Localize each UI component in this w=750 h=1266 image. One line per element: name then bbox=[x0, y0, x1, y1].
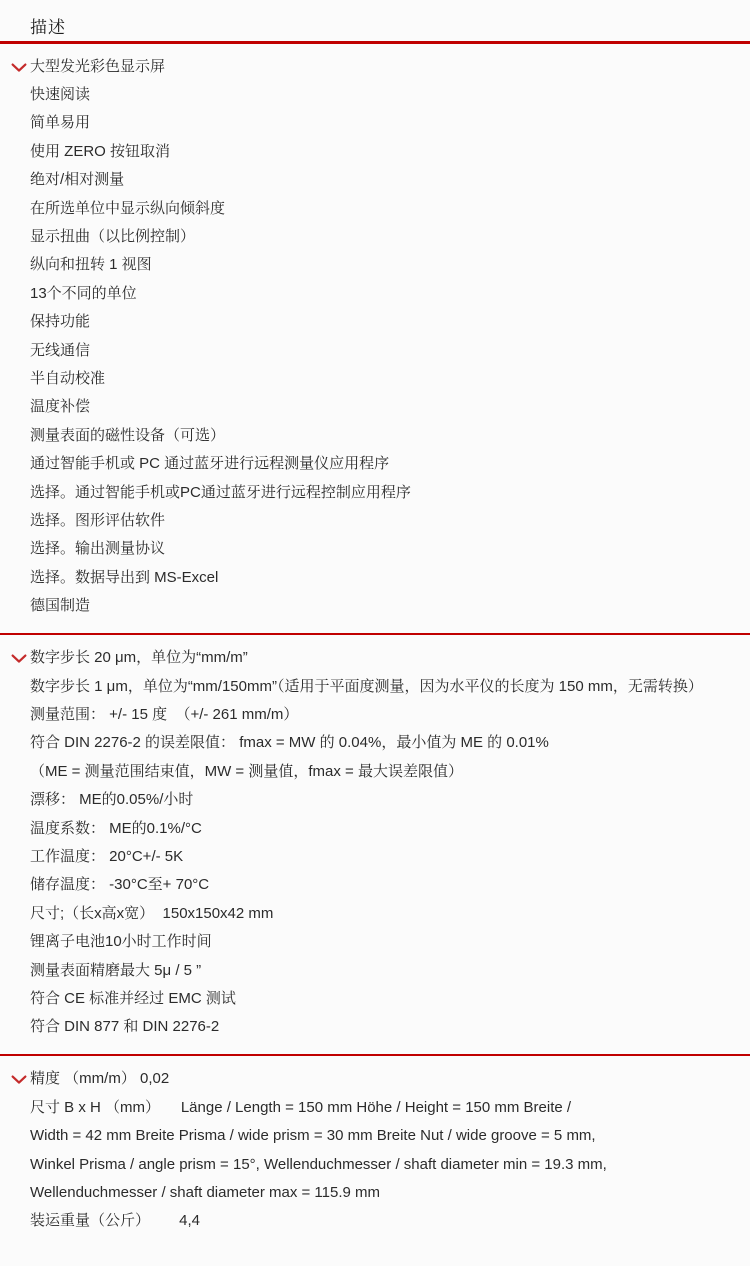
chevron-down-icon[interactable] bbox=[11, 63, 27, 73]
spec-line: 符合 DIN 2276-2 的误差限值： fmax = MW 的 0.04%，最… bbox=[30, 729, 720, 757]
spec-line: 数字步长 20 μm，单位为“mm/m” bbox=[30, 644, 720, 672]
spec-line: 漂移： ME的0.05%/小时 bbox=[30, 786, 720, 814]
section-technical-specs: 数字步长 20 μm，单位为“mm/m”数字步长 1 μm，单位为“mm/150… bbox=[0, 635, 750, 1054]
feature-line: 温度补偿 bbox=[30, 393, 720, 421]
spec-line: 测量范围： +/- 15 度 （+/- 261 mm/m） bbox=[30, 701, 720, 729]
feature-line: 13个不同的单位 bbox=[30, 280, 720, 308]
spec-line: 符合 DIN 877 和 DIN 2276-2 bbox=[30, 1013, 720, 1041]
features-list: 大型发光彩色显示屏快速阅读简单易用使用 ZERO 按钮取消绝对/相对测量在所选单… bbox=[30, 53, 720, 621]
spec-line: 符合 CE 标准并经过 EMC 测试 bbox=[30, 985, 720, 1013]
feature-line: 简单易用 bbox=[30, 109, 720, 137]
spec-line: 温度系数： ME的0.1%/°C bbox=[30, 815, 720, 843]
section-features: 大型发光彩色显示屏快速阅读简单易用使用 ZERO 按钮取消绝对/相对测量在所选单… bbox=[0, 44, 750, 633]
dimension-line: 精度 （mm/m） 0,02 bbox=[30, 1065, 720, 1093]
feature-line: 显示扭曲（以比例控制） bbox=[30, 223, 720, 251]
dimensions-list: 精度 （mm/m） 0,02尺寸 B x H （mm） Länge / Leng… bbox=[30, 1065, 720, 1235]
feature-line: 无线通信 bbox=[30, 337, 720, 365]
feature-line: 选择。数据导出到 MS-Excel bbox=[30, 564, 720, 592]
feature-line: 通过智能手机或 PC 通过蓝牙进行远程测量仪应用程序 bbox=[30, 450, 720, 478]
feature-line: 选择。图形评估软件 bbox=[30, 507, 720, 535]
technical-specs-list: 数字步长 20 μm，单位为“mm/m”数字步长 1 μm，单位为“mm/150… bbox=[30, 644, 720, 1042]
spec-line: 数字步长 1 μm，单位为“mm/150mm”（适用于平面度测量，因为水平仪的长… bbox=[30, 673, 720, 701]
chevron-down-icon[interactable] bbox=[11, 1075, 27, 1085]
feature-line: 德国制造 bbox=[30, 592, 720, 620]
feature-line: 使用 ZERO 按钮取消 bbox=[30, 138, 720, 166]
page-header: 描述 bbox=[0, 0, 750, 41]
feature-line: 保持功能 bbox=[30, 308, 720, 336]
feature-line: 测量表面的磁性设备（可选） bbox=[30, 422, 720, 450]
spec-line: 工作温度： 20°C+/- 5K bbox=[30, 843, 720, 871]
feature-line: 选择。输出测量协议 bbox=[30, 535, 720, 563]
feature-line: 大型发光彩色显示屏 bbox=[30, 53, 720, 81]
feature-line: 选择。通过智能手机或PC通过蓝牙进行远程控制应用程序 bbox=[30, 479, 720, 507]
feature-line: 绝对/相对测量 bbox=[30, 166, 720, 194]
feature-line: 半自动校准 bbox=[30, 365, 720, 393]
spec-line: 测量表面精磨最大 5μ / 5 ” bbox=[30, 957, 720, 985]
section-dimensions: 精度 （mm/m） 0,02尺寸 B x H （mm） Länge / Leng… bbox=[0, 1056, 750, 1247]
spec-line: （ME = 测量范围结束值，MW = 测量值，fmax = 最大误差限值） bbox=[30, 758, 720, 786]
dimension-line: 装运重量（公斤） 4,4 bbox=[30, 1207, 720, 1235]
spec-line: 储存温度： -30°C至+ 70°C bbox=[30, 871, 720, 899]
page-title: 描述 bbox=[30, 13, 750, 38]
dimension-line: Width = 42 mm Breite Prisma / wide prism… bbox=[30, 1122, 720, 1150]
spec-line: 尺寸;（长x高x宽） 150x150x42 mm bbox=[30, 900, 720, 928]
chevron-down-icon[interactable] bbox=[11, 654, 27, 664]
feature-line: 纵向和扭转 1 视图 bbox=[30, 251, 720, 279]
dimension-line: Winkel Prisma / angle prism = 15°, Welle… bbox=[30, 1151, 720, 1179]
dimension-line: Wellenduchmesser / shaft diameter max = … bbox=[30, 1179, 720, 1207]
dimension-line: 尺寸 B x H （mm） Länge / Length = 150 mm Hö… bbox=[30, 1094, 720, 1122]
feature-line: 快速阅读 bbox=[30, 81, 720, 109]
spec-line: 锂离子电池10小时工作时间 bbox=[30, 928, 720, 956]
feature-line: 在所选单位中显示纵向倾斜度 bbox=[30, 195, 720, 223]
